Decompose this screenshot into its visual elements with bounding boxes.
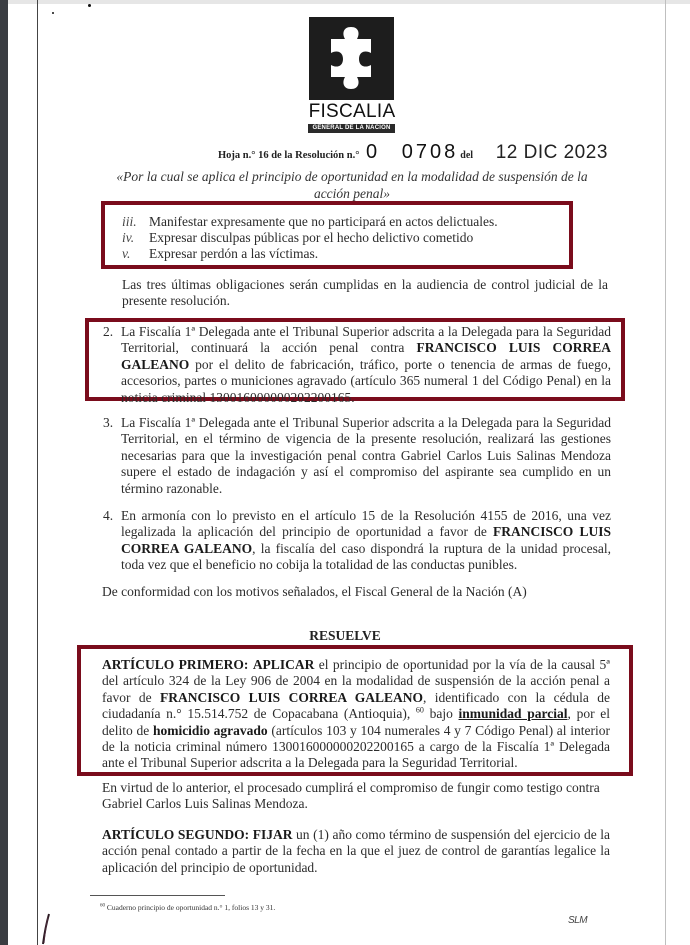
article-second-label: ARTÍCULO SEGUNDO:: [102, 827, 249, 842]
item-number: 4.: [103, 508, 113, 524]
obligation-numeral: iv.: [122, 230, 149, 246]
obligation-text: Expresar disculpas públicas por el hecho…: [149, 230, 473, 245]
logo-subtitle: GENERAL DE LA NACIÓN: [308, 124, 395, 133]
signature-stroke: [40, 913, 52, 945]
scan-speck: [52, 12, 54, 14]
obligation-item: v.Expresar perdón a las víctimas.: [122, 246, 318, 262]
obligations-note: Las tres últimas obligaciones serán cump…: [122, 277, 608, 310]
defendant-name: FRANCISCO LUIS CORREA GALEANO: [160, 690, 423, 705]
obligation-text: Manifestar expresamente que no participa…: [149, 214, 498, 229]
puzzle-piece-icon: [309, 17, 394, 100]
crime-name: homicidio agravado: [153, 723, 268, 738]
logo-name: FISCALIA: [302, 101, 402, 123]
item-3-text: La Fiscalía 1ª Delegada ante el Tribunal…: [121, 415, 611, 497]
footnote-divider: [90, 895, 225, 896]
obligation-numeral: iii.: [122, 214, 149, 230]
obligation-numeral: v.: [122, 246, 149, 262]
viewer-left-edge: [0, 0, 8, 945]
scan-speck: [88, 4, 91, 7]
item-2-text: La Fiscalía 1ª Delegada ante el Tribunal…: [121, 324, 611, 406]
footnote-ref[interactable]: 60: [416, 706, 424, 715]
page-right-border: [665, 0, 666, 945]
resolution-header: Hoja n.° 16 de la Resolución n.° 0 0708d…: [218, 141, 608, 164]
conformity-text: De conformidad con los motivos señalados…: [102, 584, 622, 600]
obligation-text: Expresar perdón a las víctimas.: [149, 246, 318, 261]
resolution-date: 12 DIC 2023: [496, 142, 608, 163]
item-text: por el delito de fabricación, tráfico, p…: [121, 357, 611, 405]
resolution-prefix: 0: [366, 141, 377, 163]
footnote-text: Cuaderno principio de oportunidad n.° 1,…: [105, 903, 275, 912]
page-left-border: [37, 0, 38, 945]
author-initials: SLM: [568, 915, 587, 926]
article-first-label: ARTÍCULO PRIMERO:: [102, 657, 248, 672]
article-second-text: ARTÍCULO SEGUNDO: FIJAR un (1) año como …: [102, 827, 610, 876]
sheet-label: Hoja n.° 16 de la Resolución n.°: [218, 150, 359, 161]
footnote: 60 Cuaderno principio de oportunidad n.°…: [100, 903, 275, 912]
item-number: 3.: [103, 415, 113, 431]
article-text: bajo: [424, 706, 459, 721]
witness-note: En virtud de lo anterior, el procesado c…: [102, 780, 610, 813]
item-4-text: En armonía con lo previsto en el artícul…: [121, 508, 611, 574]
viewer-top-edge: [8, 0, 690, 4]
resolve-heading: RESUELVE: [80, 628, 610, 644]
immunity-type: inmunidad parcial: [459, 706, 568, 721]
obligation-item: iv.Expresar disculpas públicas por el he…: [122, 230, 473, 246]
resolution-subtitle: «Por la cual se aplica el principio de o…: [112, 168, 592, 202]
article-second-verb: FIJAR: [253, 827, 293, 842]
article-first-verb: APLICAR: [253, 657, 315, 672]
item-number: 2.: [103, 324, 113, 340]
fiscalia-logo: [309, 17, 394, 100]
article-first-text: ARTÍCULO PRIMERO: APLICAR el principio d…: [102, 657, 610, 772]
resolution-number: 0708: [402, 141, 459, 163]
obligation-item: iii.Manifestar expresamente que no parti…: [122, 214, 498, 230]
del-label: del: [460, 150, 473, 161]
